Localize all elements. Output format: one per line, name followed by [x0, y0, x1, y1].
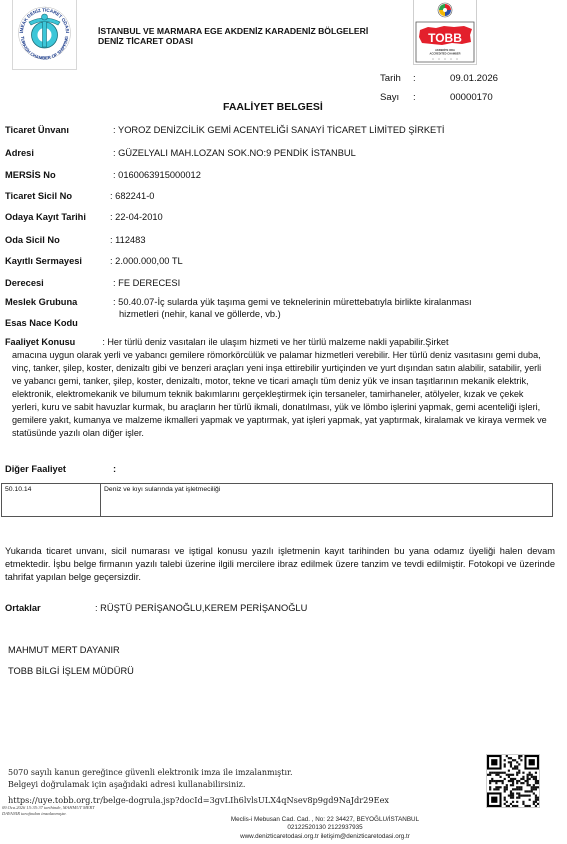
field-value: : 0160063915000012	[113, 170, 201, 180]
date-row: Tarih : 09.01.2026	[0, 73, 567, 85]
partners-value: : RÜŞTÜ PERİŞANOĞLU,KEREM PERİŞANOĞLU	[95, 603, 307, 613]
field-value: : 22-04-2010	[110, 212, 163, 222]
e-signature-line2: Belgeyi doğrulamak için aşağıdaki adresi…	[8, 779, 293, 791]
closing-statement: Yukarıda ticaret unvanı, sicil numarası …	[5, 545, 555, 584]
nace-value: : 50.40.07-İç sularda yük taşıma gemi ve…	[113, 297, 472, 320]
organization-name: İSTANBUL VE MARMARA EGE AKDENİZ KARADENİ…	[98, 26, 368, 46]
field-value: : YOROZ DENİZCİLİK GEMİ ACENTELİĞİ SANAY…	[113, 125, 444, 135]
nace-value-line1: : 50.40.07-İç sularda yük taşıma gemi ve…	[113, 297, 472, 309]
field-label: MERSİS No	[5, 170, 56, 180]
chamber-contact: Meclis-i Mebusan Cad. Cad. , No: 22 3442…	[180, 816, 470, 841]
e-signature-line1: 5070 sayılı kanun gereğince güvenli elek…	[8, 767, 293, 779]
field-label: Ticaret Sicil No	[5, 191, 72, 201]
other-activity-label: Diğer Faaliyet	[5, 464, 66, 474]
date-value: 09.01.2026	[450, 73, 498, 84]
chamber-web-email: www.denizticaretodasi.org.tr iletişim@de…	[180, 833, 470, 841]
field-label: Odaya Kayıt Tarihi	[5, 212, 86, 222]
qr-code-icon	[486, 754, 540, 808]
other-activity-table: 50.10.14Deniz ve kıyı sularında yat işle…	[1, 483, 553, 517]
document-title: FAALİYET BELGESİ	[223, 101, 323, 113]
activity-code: 50.10.14	[2, 484, 101, 517]
signatory-name: MAHMUT MERT DAYANIR	[8, 645, 120, 655]
organization-name-line1: İSTANBUL VE MARMARA EGE AKDENİZ KARADENİ…	[98, 26, 368, 36]
signature-timestamp-note: 09.Oca.2026 15:35:37 tarihinde, MAHMUT M…	[2, 805, 95, 817]
partners-label: Ortaklar	[5, 603, 41, 613]
number-value: 00000170	[450, 92, 493, 103]
nace-value-line2: hizmetleri (nehir, kanal ve göllerde, vb…	[113, 309, 472, 321]
anchor-emblem-icon: İMEAK DENİZ TİCARET ODASI TURKISH CHAMBE…	[13, 0, 76, 69]
field-value: : 112483	[110, 235, 146, 245]
svg-text:AKREDİTE ODA: AKREDİTE ODA	[435, 47, 455, 52]
chamber-address: Meclis-i Mebusan Cad. Cad. , No: 22 3442…	[180, 816, 470, 824]
field-label: Derecesi	[5, 278, 44, 288]
chamber-of-shipping-logo: İMEAK DENİZ TİCARET ODASI TURKISH CHAMBE…	[12, 0, 77, 70]
field-label: Oda Sicil No	[5, 235, 60, 245]
table-row: 50.10.14Deniz ve kıyı sularında yat işle…	[2, 484, 553, 517]
activity-text: amacına uygun olarak yerli ve yabancı ge…	[5, 349, 550, 440]
nace-label-line1: Meslek Grubuna	[5, 297, 77, 307]
nace-label-line2: Esas Nace Kodu	[5, 318, 78, 328]
field-label: Ticaret Ünvanı	[5, 125, 69, 135]
tobb-logo: TOBB AKREDİTE ODA ACCREDITED CHAMBER	[413, 0, 477, 65]
field-value: : 682241-0	[110, 191, 154, 201]
activity-first-line: Faaliyet Konusu : Her türlü deniz vasıta…	[5, 336, 550, 349]
svg-text:ACCREDITED CHAMBER: ACCREDITED CHAMBER	[430, 52, 461, 56]
signatory-title: TOBB BİLGİ İŞLEM MÜDÜRÜ	[8, 666, 134, 676]
date-label: Tarih	[380, 73, 401, 84]
verification-link[interactable]: https://uye.tobb.org.tr/belge-dogrula.js…	[8, 795, 389, 805]
activity-description: Deniz ve kıyı sularında yat işletmeciliğ…	[101, 484, 553, 517]
date-colon: :	[413, 73, 416, 84]
tobb-accredited-chamber-icon: TOBB AKREDİTE ODA ACCREDITED CHAMBER	[414, 0, 476, 64]
activity-first-text: : Her türlü deniz vasıtaları ile ulaşım …	[102, 337, 448, 347]
number-label: Sayı	[380, 92, 399, 103]
other-activity-colon: :	[113, 464, 116, 474]
field-value: : GÜZELYALI MAH.LOZAN SOK.NO:9 PENDİK İS…	[113, 148, 356, 158]
field-label: Kayıtlı Sermayesi	[5, 256, 82, 266]
activity-section: Faaliyet Konusu : Her türlü deniz vasıta…	[5, 336, 550, 440]
signature-note-line2: DAYANIR tarafından imzalanmıştır.	[2, 811, 95, 817]
field-value: : FE DERECESI	[113, 278, 180, 288]
activity-label: Faaliyet Konusu	[5, 337, 75, 347]
field-value: : 2.000.000,00 TL	[110, 256, 183, 266]
organization-name-line2: DENİZ TİCARET ODASI	[98, 36, 368, 46]
field-label: Adresi	[5, 148, 34, 158]
svg-text:TOBB: TOBB	[428, 31, 462, 45]
number-colon: :	[413, 92, 416, 103]
chamber-phones: 02122520130 2122937935	[180, 824, 470, 832]
e-signature-notice: 5070 sayılı kanun gereğince güvenli elek…	[8, 767, 293, 791]
